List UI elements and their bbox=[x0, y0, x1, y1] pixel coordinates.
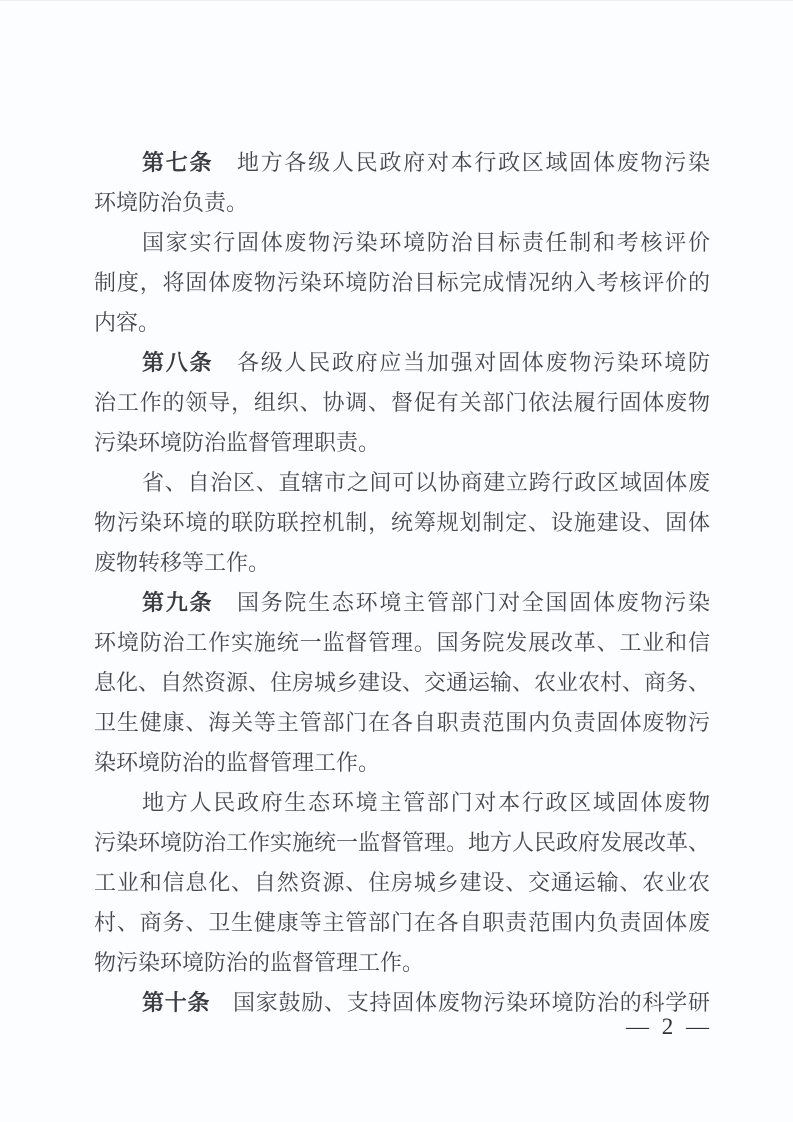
line-text: 地方各级人民政府对本行政区域固体废物污染 bbox=[213, 150, 710, 175]
line-text: 国务院生态环境主管部门对全国固体废物污染 bbox=[213, 590, 710, 615]
line-text: 地方人民政府生态环境主管部门对本行政区域固体废物 bbox=[142, 790, 710, 815]
text-line: 国家实行固体废物污染环境防治目标责任制和考核评价 bbox=[94, 223, 710, 263]
text-line: 染环境防治的监督管理工作。 bbox=[94, 743, 710, 783]
text-line: 村、商务、卫生健康等主管部门在各自职责范围内负责固体废 bbox=[94, 903, 710, 943]
line-text: 物污染环境防治的监督管理工作。 bbox=[94, 950, 424, 975]
text-line: 废物转移等工作。 bbox=[94, 543, 710, 583]
line-text: 息化、自然资源、住房城乡建设、交通运输、农业农村、商务、 bbox=[94, 670, 710, 695]
document-body: 第七条 地方各级人民政府对本行政区域固体废物污染环境防治负责。国家实行固体废物污… bbox=[94, 143, 710, 1023]
text-line: 第七条 地方各级人民政府对本行政区域固体废物污染 bbox=[94, 143, 710, 183]
line-text: 制度，将固体废物污染环境防治目标完成情况纳入考核评价的 bbox=[94, 270, 710, 295]
line-text: 环境防治负责。 bbox=[94, 190, 248, 215]
line-text: 污染环境防治工作实施统一监督管理。地方人民政府发展改革、 bbox=[94, 830, 710, 855]
text-line: 治工作的领导，组织、协调、督促有关部门依法履行固体废物 bbox=[94, 383, 710, 423]
text-line: 污染环境防治工作实施统一监督管理。地方人民政府发展改革、 bbox=[94, 823, 710, 863]
article-number: 第九条 bbox=[142, 590, 213, 615]
line-text: 染环境防治的监督管理工作。 bbox=[94, 750, 380, 775]
text-line: 物污染环境防治的监督管理工作。 bbox=[94, 943, 710, 983]
text-line: 第十条 国家鼓励、支持固体废物污染环境防治的科学研 bbox=[94, 983, 710, 1023]
text-line: 环境防治工作实施统一监督管理。国务院发展改革、工业和信 bbox=[94, 623, 710, 663]
line-text: 治工作的领导，组织、协调、督促有关部门依法履行固体废物 bbox=[94, 390, 710, 415]
line-text: 各级人民政府应当加强对固体废物污染环境防 bbox=[213, 350, 710, 375]
article-number: 第八条 bbox=[142, 350, 213, 375]
text-line: 物污染环境的联防联控机制，统筹规划制定、设施建设、固体 bbox=[94, 503, 710, 543]
document-page: 第七条 地方各级人民政府对本行政区域固体废物污染环境防治负责。国家实行固体废物污… bbox=[0, 0, 793, 1122]
text-line: 第九条 国务院生态环境主管部门对全国固体废物污染 bbox=[94, 583, 710, 623]
text-line: 第八条 各级人民政府应当加强对固体废物污染环境防 bbox=[94, 343, 710, 383]
page-number: — 2 — bbox=[626, 1014, 709, 1040]
line-text: 环境防治工作实施统一监督管理。国务院发展改革、工业和信 bbox=[94, 630, 710, 655]
line-text: 国家实行固体废物污染环境防治目标责任制和考核评价 bbox=[142, 230, 710, 255]
line-text: 村、商务、卫生健康等主管部门在各自职责范围内负责固体废 bbox=[94, 910, 710, 935]
text-line: 环境防治负责。 bbox=[94, 183, 710, 223]
text-line: 制度，将固体废物污染环境防治目标完成情况纳入考核评价的 bbox=[94, 263, 710, 303]
text-line: 息化、自然资源、住房城乡建设、交通运输、农业农村、商务、 bbox=[94, 663, 710, 703]
text-line: 污染环境防治监督管理职责。 bbox=[94, 423, 710, 463]
line-text: 卫生健康、海关等主管部门在各自职责范围内负责固体废物污 bbox=[94, 710, 710, 735]
article-number: 第七条 bbox=[142, 150, 213, 175]
text-line: 地方人民政府生态环境主管部门对本行政区域固体废物 bbox=[94, 783, 710, 823]
article-number: 第十条 bbox=[142, 990, 210, 1015]
line-text: 污染环境防治监督管理职责。 bbox=[94, 430, 380, 455]
line-text: 内容。 bbox=[94, 310, 160, 335]
text-line: 卫生健康、海关等主管部门在各自职责范围内负责固体废物污 bbox=[94, 703, 710, 743]
text-line: 工业和信息化、自然资源、住房城乡建设、交通运输、农业农 bbox=[94, 863, 710, 903]
text-line: 内容。 bbox=[94, 303, 710, 343]
line-text: 物污染环境的联防联控机制，统筹规划制定、设施建设、固体 bbox=[94, 510, 710, 535]
line-text: 省、自治区、直辖市之间可以协商建立跨行政区域固体废 bbox=[142, 470, 710, 495]
line-text: 废物转移等工作。 bbox=[94, 550, 270, 575]
line-text: 工业和信息化、自然资源、住房城乡建设、交通运输、农业农 bbox=[94, 870, 710, 895]
line-text: 国家鼓励、支持固体废物污染环境防治的科学研 bbox=[210, 990, 710, 1015]
text-line: 省、自治区、直辖市之间可以协商建立跨行政区域固体废 bbox=[94, 463, 710, 503]
